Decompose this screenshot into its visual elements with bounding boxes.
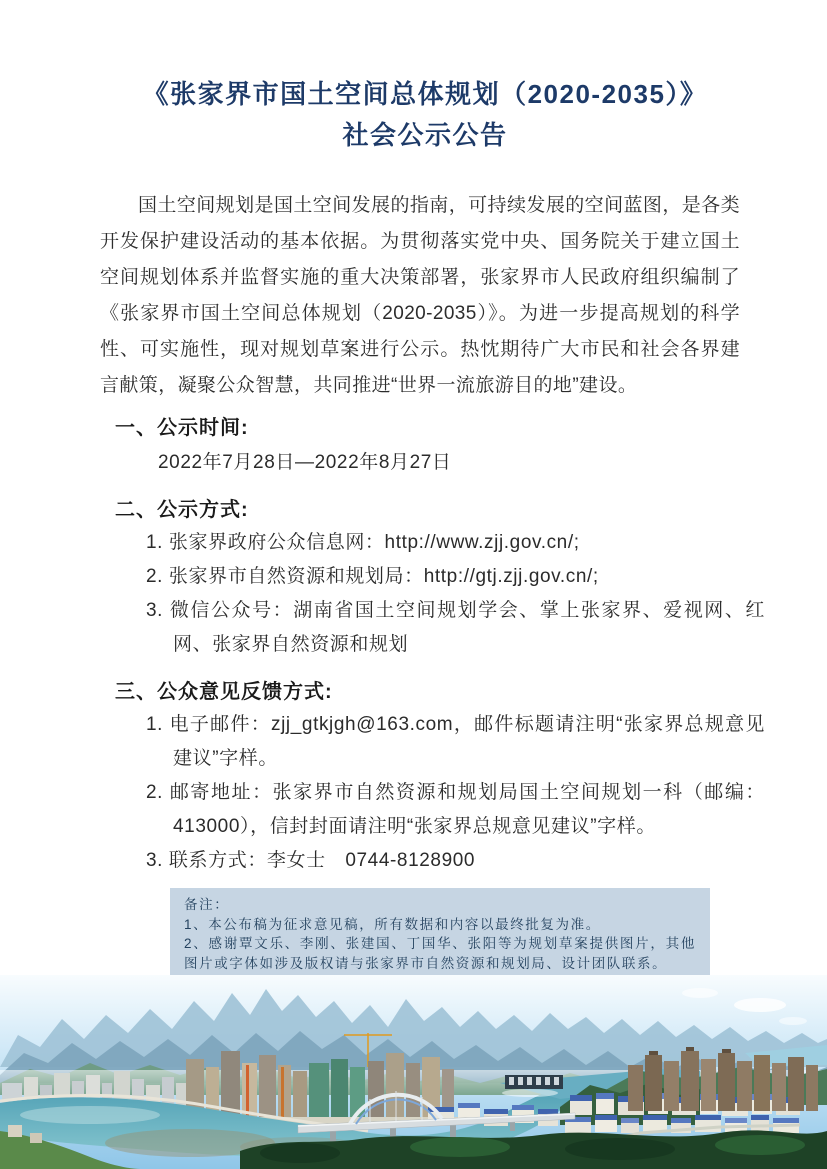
method-item-wechat-accounts: 3. 微信公众号：湖南省国土空间规划学会、掌上张家界、爱视网、红网、张家界自然资… (146, 594, 765, 662)
note-label: 备注： (184, 895, 696, 915)
section-heading-time: 一、公示时间: (115, 414, 750, 442)
feedback-item-email: 1. 电子邮件：zjj_gtkjgh@163.com，邮件标题请注明“张家界总规… (146, 708, 765, 776)
note-box: 备注： 1、本公布稿为征求意见稿，所有数据和内容以最终批复为准。 2、感谢覃文乐… (170, 888, 710, 982)
section-publicity-methods: 二、公示方式: 1. 张家界政府公众信息网：http://www.zjj.gov… (100, 496, 750, 662)
section-heading-feedback: 三、公众意见反馈方式: (115, 678, 750, 706)
section-heading-methods: 二、公示方式: (115, 496, 750, 524)
dam (502, 1075, 563, 1097)
publicity-date-range: 2022年7月28日—2022年8月27日 (158, 446, 750, 480)
feedback-item-contact-phone: 3. 联系方式：李女士 0744-8128900 (146, 844, 765, 878)
section-feedback-methods: 三、公众意见反馈方式: 1. 电子邮件：zjj_gtkjgh@163.com，邮… (100, 678, 750, 878)
intro-paragraph: 国土空间规划是国土空间发展的指南，可持续发展的空间蓝图，是各类开发保护建设活动的… (100, 188, 740, 404)
page-title-line2: 社会公示公告 (100, 115, 750, 156)
page-title: 《张家界市国土空间总体规划（2020-2035）》 社会公示公告 (100, 74, 750, 156)
notice-content: 《张家界市国土空间总体规划（2020-2035）》 社会公示公告 国土空间规划是… (100, 0, 750, 982)
method-item-government-website: 1. 张家界政府公众信息网：http://www.zjj.gov.cn/; (146, 526, 765, 560)
city-panorama-svg (0, 975, 827, 1169)
feedback-item-mail-address: 2. 邮寄地址：张家界市自然资源和规划局国土空间规划一科（邮编：413000），… (146, 776, 765, 844)
notice-page: 《张家界市国土空间总体规划（2020-2035）》 社会公示公告 国土空间规划是… (0, 0, 827, 1169)
method-item-resources-bureau-website: 2. 张家界市自然资源和规划局：http://gtj.zjj.gov.cn/; (146, 560, 765, 594)
note-line-1: 1、本公布稿为征求意见稿，所有数据和内容以最终批复为准。 (184, 915, 696, 935)
page-title-line1: 《张家界市国土空间总体规划（2020-2035）》 (100, 74, 750, 115)
section-publicity-time: 一、公示时间: 2022年7月28日—2022年8月27日 (100, 414, 750, 480)
city-panorama-photo (0, 975, 827, 1169)
note-line-2: 2、感谢覃文乐、李刚、张建国、丁国华、张阳等为规划草案提供图片，其他图片或字体如… (184, 934, 696, 973)
